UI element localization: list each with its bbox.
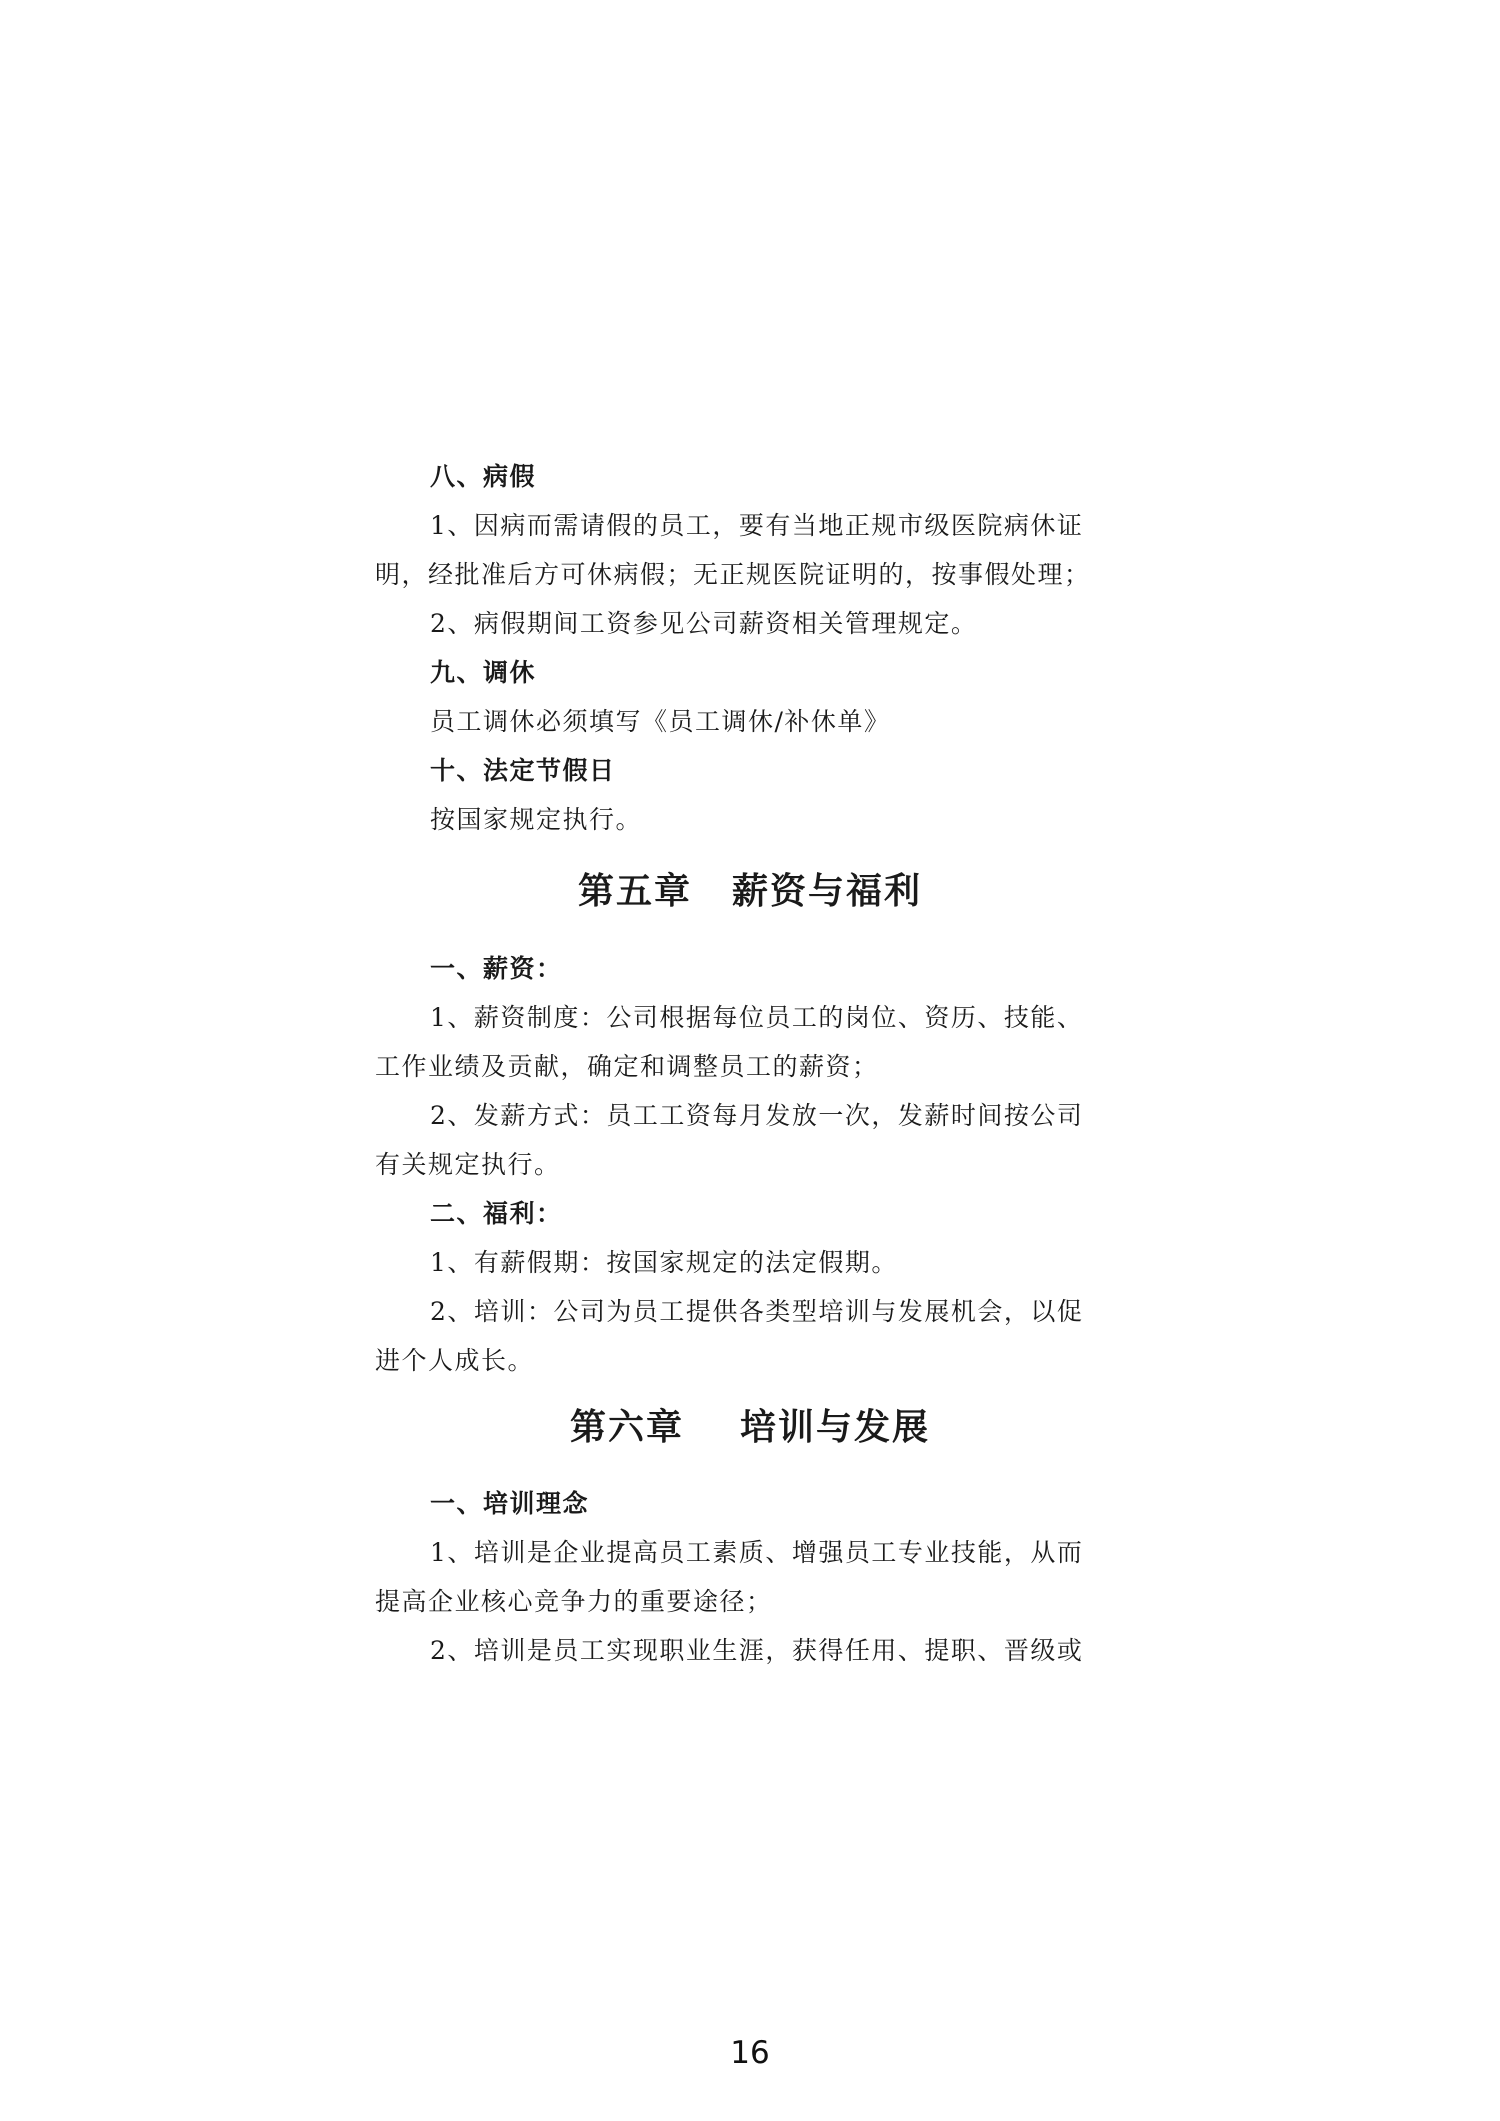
paragraph-line: 1、因病而需请假的员工，要有当地正规市级医院病休证: [430, 509, 1083, 543]
paragraph-line: 按国家规定执行。: [430, 803, 642, 837]
paragraph-line: 2、病假期间工资参见公司薪资相关管理规定。: [430, 607, 977, 641]
chapter-name: 培训与发展: [740, 1407, 930, 1448]
section-heading-sick-leave: 八、病假: [430, 460, 536, 494]
paragraph-line: 工作业绩及贡献，确定和调整员工的薪资；: [375, 1050, 879, 1084]
chapter-number: 第五章: [578, 871, 692, 912]
paragraph-line: 1、薪资制度：公司根据每位员工的岗位、资历、技能、: [430, 1001, 1083, 1035]
paragraph-line: 提高企业核心竞争力的重要途径；: [375, 1585, 773, 1619]
section-heading-salary: 一、薪资：: [430, 952, 563, 986]
chapter-number: 第六章: [570, 1407, 684, 1448]
section-heading-compensatory-leave: 九、调休: [430, 656, 536, 690]
section-heading-public-holidays: 十、法定节假日: [430, 754, 616, 788]
paragraph-line: 2、发薪方式：员工工资每月发放一次，发薪时间按公司: [430, 1099, 1083, 1133]
section-heading-training-philosophy: 一、培训理念: [430, 1487, 589, 1521]
chapter-title-6: 第六章培训与发展: [0, 1404, 1500, 1452]
paragraph-line: 进个人成长。: [375, 1344, 534, 1378]
section-heading-benefits: 二、福利：: [430, 1197, 563, 1231]
paragraph-line: 有关规定执行。: [375, 1148, 561, 1182]
paragraph-line: 2、培训：公司为员工提供各类型培训与发展机会，以促: [430, 1295, 1083, 1329]
paragraph-line: 1、培训是企业提高员工素质、增强员工专业技能，从而: [430, 1536, 1083, 1570]
paragraph-line: 员工调休必须填写《员工调休/补休单》: [430, 705, 890, 739]
chapter-title-5: 第五章薪资与福利: [0, 868, 1500, 916]
chapter-name: 薪资与福利: [732, 871, 922, 912]
paragraph-line: 2、培训是员工实现职业生涯，获得任用、提职、晋级或: [430, 1634, 1083, 1668]
paragraph-line: 1、有薪假期：按国家规定的法定假期。: [430, 1246, 898, 1280]
paragraph-line: 明，经批准后方可休病假；无正规医院证明的，按事假处理；: [375, 558, 1091, 592]
page-number: 16: [0, 2033, 1500, 2073]
